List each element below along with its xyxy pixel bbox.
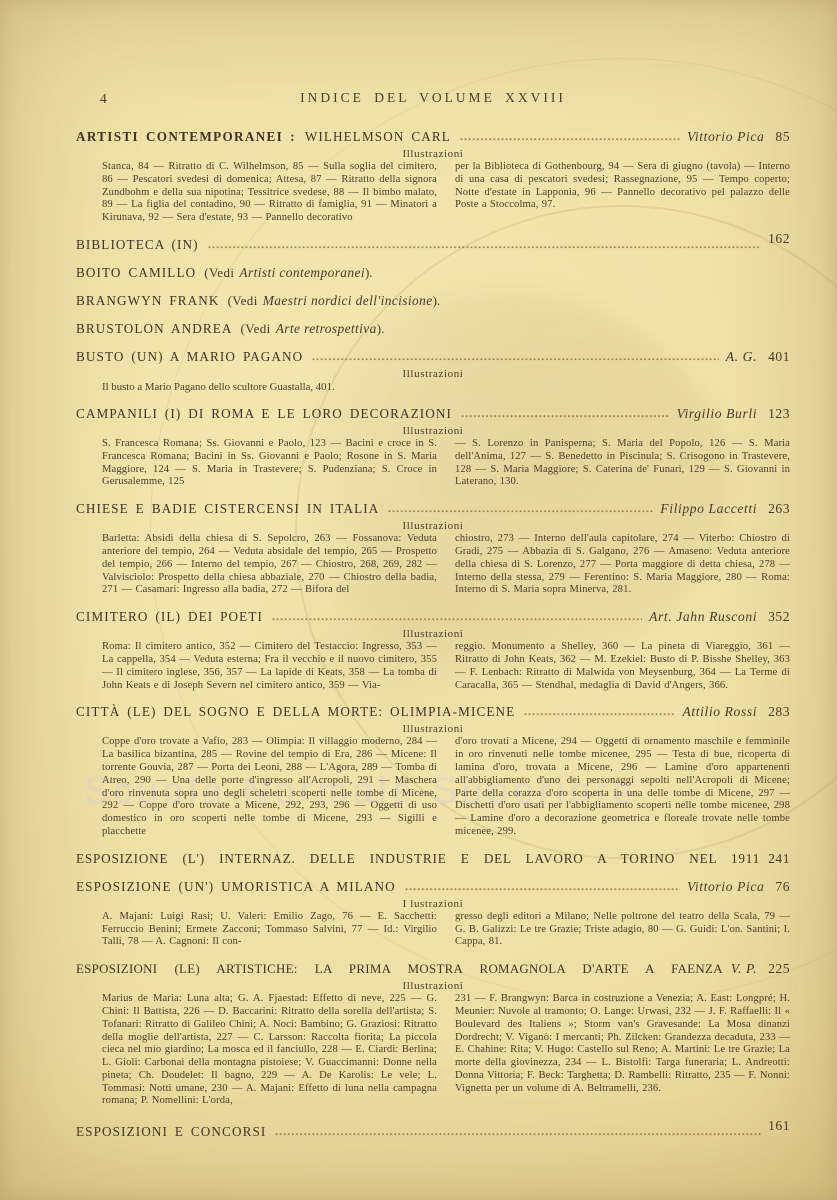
illustrations-column-left: A. Majani: Luigi Rasi; U. Valeri: Emilio… xyxy=(102,911,437,949)
entry-title: ESPOSIZIONE (L') INTERNAZ. DELLE INDUSTR… xyxy=(76,851,760,867)
entry-page-ref: 401 xyxy=(768,349,790,365)
index-entry-heading: ESPOSIZIONE (UN') UMORISTICA A MILANO Vi… xyxy=(76,879,790,895)
vedi-label: (Vedi xyxy=(241,321,271,337)
vedi-label: (Vedi xyxy=(204,265,234,281)
illustrations-label: Illustrazioni xyxy=(76,425,790,437)
index-entry-heading: CIMITERO (IL) DEI POETI Art. Jahn Ruscon… xyxy=(76,609,790,625)
index-entry-heading: CAMPANILI (I) DI ROMA E LE LORO DECORAZI… xyxy=(76,406,790,422)
illustrations-columns: S. Francesca Romana; Ss. Giovanni e Paol… xyxy=(76,438,790,489)
entry-author: A. G. xyxy=(726,349,757,365)
vedi-label: (Vedi xyxy=(228,293,258,309)
entry-title: BRANGWYN FRANK xyxy=(76,293,220,309)
entry-page-ref: 85 xyxy=(775,129,790,145)
illustrations-label: Illustrazioni xyxy=(76,368,790,380)
dotted-leader xyxy=(460,137,680,141)
illustrations-columns: A. Majani: Luigi Rasi; U. Valeri: Emilio… xyxy=(76,911,790,949)
index-entry-heading: BUSTO (UN) A MARIO PAGANO A. G. 401 xyxy=(76,349,790,365)
entry-author: V. P. xyxy=(731,961,757,977)
scanned-book-page: Scuola Normale Superiore 4 INDICE DEL VO… xyxy=(0,0,837,1200)
entry-title: WILHELMSON CARL xyxy=(305,129,451,145)
index-entry-heading: ESPOSIZIONI (LE) ARTISTICHE: LA PRIMA MO… xyxy=(76,961,790,977)
entry-author: Vittorio Pica xyxy=(687,129,764,145)
illustrations-column-right: gresso degli editori a Milano; Nelle pol… xyxy=(455,911,790,949)
illustrations-column-right: per la Biblioteca di Gothenbourg, 94 — S… xyxy=(455,161,790,225)
vedi-close: ). xyxy=(433,293,441,309)
illustrations-label: Illustrazioni xyxy=(76,980,790,992)
vedi-reference: Artisti contemporanei xyxy=(239,265,365,281)
entry-page-ref: 76 xyxy=(775,879,790,895)
index-entry-heading: CHIESE E BADIE CISTERCENSI IN ITALIA Fil… xyxy=(76,501,790,517)
vedi-reference: Arte retrospettiva xyxy=(276,321,377,337)
dotted-leader xyxy=(405,887,680,891)
vedi-close: ). xyxy=(377,321,385,337)
entry-title: BIBLIOTECA (IN) xyxy=(76,237,199,253)
illustrations-column-right: chiostro, 273 — Interno dell'aula capito… xyxy=(455,533,790,597)
entry-title-bold: ARTISTI CONTEMPORANEI : xyxy=(76,129,296,145)
index-entry-heading: CITTÀ (LE) DEL SOGNO E DELLA MORTE: OLIM… xyxy=(76,704,790,720)
illustrations-column-right: 231 — F. Brangwyn: Barca in costruzione … xyxy=(455,993,790,1108)
dotted-leader xyxy=(275,1132,761,1136)
dotted-leader xyxy=(461,414,670,418)
illustrations-column-right: d'oro trovati a Micene, 294 — Oggetti di… xyxy=(455,736,790,838)
page-header: 4 INDICE DEL VOLUME XXVIII xyxy=(76,90,790,108)
illustrations-column-left: Coppe d'oro trovate a Vafio, 283 — Olimp… xyxy=(102,736,437,838)
folio-page-number: 4 xyxy=(100,91,107,107)
index-content: 4 INDICE DEL VOLUME XXVIII ARTISTI CONTE… xyxy=(76,90,790,1140)
entry-title: CAMPANILI (I) DI ROMA E LE LORO DECORAZI… xyxy=(76,406,452,422)
illustrations-label: Illustrazioni xyxy=(76,628,790,640)
entry-title: BOITO CAMILLO xyxy=(76,265,196,281)
dotted-leader xyxy=(272,617,642,621)
entry-page-ref: 161 xyxy=(768,1118,790,1134)
illustrations-column-left: Roma: Il cimitero antico, 352 — Cimitero… xyxy=(102,641,437,692)
index-entry-heading: BRUSTOLON ANDREA (Vedi Arte retrospettiv… xyxy=(76,321,790,337)
entry-title: CHIESE E BADIE CISTERCENSI IN ITALIA xyxy=(76,501,379,517)
index-entry-heading: BOITO CAMILLO (Vedi Artisti contemporane… xyxy=(76,265,790,281)
dotted-leader xyxy=(388,509,653,513)
illustrations-column-left: Marius de Maria: Luna alta; G. A. Fjaest… xyxy=(102,993,437,1108)
illustrations-columns: Marius de Maria: Luna alta; G. A. Fjaest… xyxy=(76,993,790,1108)
entry-page-ref: 352 xyxy=(768,609,790,625)
index-entry-heading: ESPOSIZIONI E CONCORSI 161 xyxy=(76,1124,790,1140)
illustrations-label: Illustrazioni xyxy=(76,520,790,532)
illustrations-columns: Roma: Il cimitero antico, 352 — Cimitero… xyxy=(76,641,790,692)
entry-title: BUSTO (UN) A MARIO PAGANO xyxy=(76,349,303,365)
entry-title: CITTÀ (LE) DEL SOGNO E DELLA MORTE: OLIM… xyxy=(76,704,515,720)
entry-page-ref: 225 xyxy=(768,961,790,977)
illustrations-label: Illustrazioni xyxy=(76,148,790,160)
index-entry-heading: ARTISTI CONTEMPORANEI : WILHELMSON CARL … xyxy=(76,129,790,145)
dotted-leader xyxy=(524,712,675,716)
index-entry-heading: BRANGWYN FRANK (Vedi Maestri nordici del… xyxy=(76,293,790,309)
volume-index-title: INDICE DEL VOLUME XXVIII xyxy=(76,90,790,106)
illustrations-columns: Barletta: Absidi della chiesa di S. Sepo… xyxy=(76,533,790,597)
illustrations-label: Illustrazioni xyxy=(76,723,790,735)
illustrations-column-right: reggio. Monumento a Shelley, 360 — La pi… xyxy=(455,641,790,692)
illustrations-column-left: Barletta: Absidi della chiesa di S. Sepo… xyxy=(102,533,437,597)
entry-page-ref: 123 xyxy=(768,406,790,422)
entry-title: ESPOSIZIONI (LE) ARTISTICHE: LA PRIMA MO… xyxy=(76,962,723,977)
entry-page-ref: 241 xyxy=(768,851,790,867)
entry-title: BRUSTOLON ANDREA xyxy=(76,321,233,337)
illustrations-column-right: — S. Lorenzo in Panisperna; S. Maria del… xyxy=(455,438,790,489)
entry-title: ESPOSIZIONI E CONCORSI xyxy=(76,1124,266,1140)
entry-author: Art. Jahn Rusconi xyxy=(649,609,757,625)
vedi-reference: Maestri nordici dell'incisione xyxy=(263,293,433,309)
vedi-close: ). xyxy=(365,265,373,281)
entry-title: ESPOSIZIONE (UN') UMORISTICA A MILANO xyxy=(76,879,396,895)
illustrations-columns: Stanca, 84 — Ritratto di C. Wilhelmson, … xyxy=(76,161,790,225)
entry-page-ref: 162 xyxy=(768,231,790,247)
index-entry-heading: ESPOSIZIONE (L') INTERNAZ. DELLE INDUSTR… xyxy=(76,851,790,867)
dotted-leader xyxy=(312,357,719,361)
entry-author: Filippo Laccetti xyxy=(660,501,757,517)
illustrations-label: I lustrazioni xyxy=(76,898,790,910)
illustrations-single-line: Il busto a Mario Pagano dello scultore G… xyxy=(76,381,790,394)
entry-title: CIMITERO (IL) DEI POETI xyxy=(76,609,263,625)
dotted-leader xyxy=(208,245,761,249)
illustrations-column-left: S. Francesca Romana; Ss. Giovanni e Paol… xyxy=(102,438,437,489)
illustrations-column-left: Stanca, 84 — Ritratto di C. Wilhelmson, … xyxy=(102,161,437,225)
illustrations-columns: Coppe d'oro trovate a Vafio, 283 — Olimp… xyxy=(76,736,790,838)
entry-author: Vittorio Pica xyxy=(687,879,764,895)
entry-author: Attilio Rossi xyxy=(682,704,757,720)
entry-page-ref: 283 xyxy=(768,704,790,720)
entry-page-ref: 263 xyxy=(768,501,790,517)
index-entry-heading: BIBLIOTECA (IN) 162 xyxy=(76,237,790,253)
entry-author: Virgilio Burli xyxy=(677,406,758,422)
